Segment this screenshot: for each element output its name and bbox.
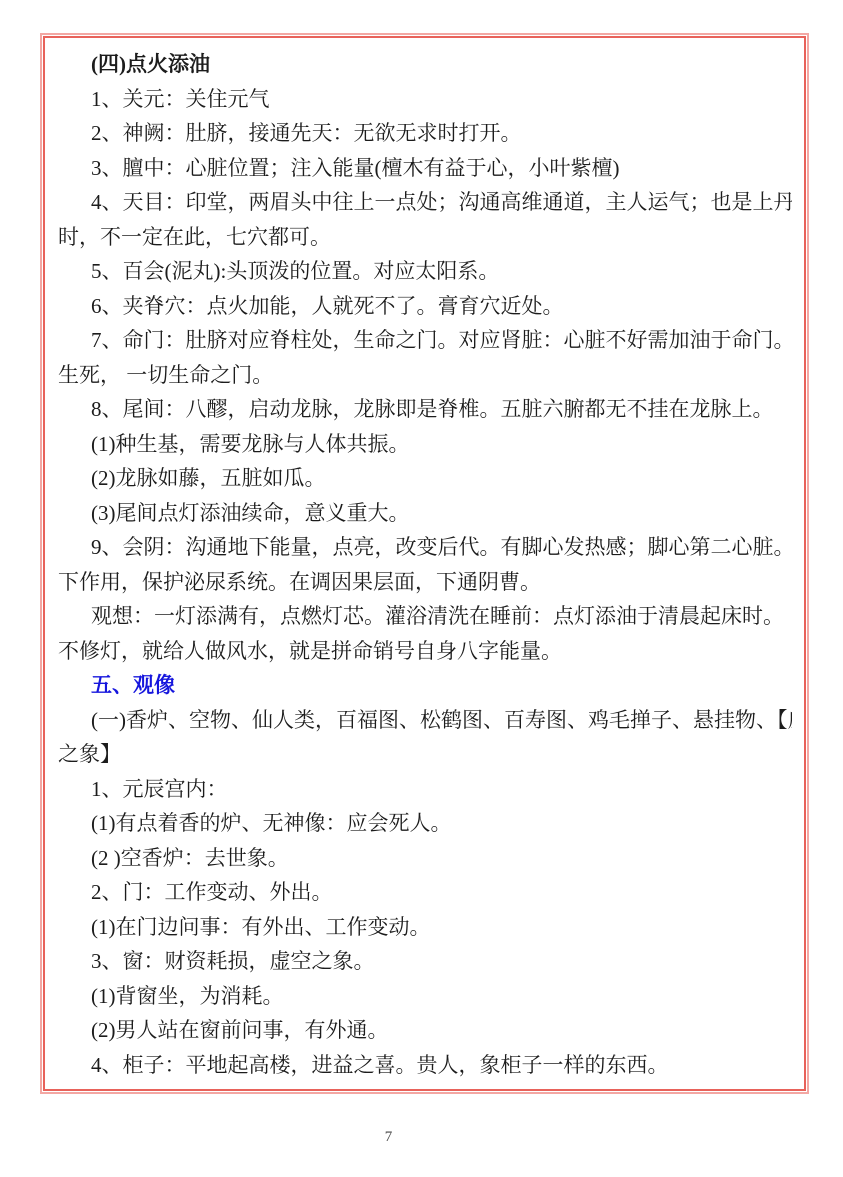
page-footer: 7 bbox=[40, 1128, 809, 1146]
text-line: (1)在门边问事：有外出、工作变动。 bbox=[58, 910, 792, 945]
text-line: (1)种生基，需要龙脉与人体共振。 bbox=[58, 427, 792, 462]
text-line: 2、门：工作变动、外出。 bbox=[58, 875, 792, 910]
text-line: 3、膻中：心脏位置；注入能量(檀木有益于心，小叶紫檀) bbox=[58, 151, 792, 186]
text-line: (1)有点着香的炉、无神像：应会死人。 bbox=[58, 806, 792, 841]
section-heading: 五、观像 bbox=[58, 668, 792, 703]
text-line: 5、百会(泥丸):头顶泼的位置。对应太阳系。 bbox=[58, 254, 792, 289]
page-number: 7 bbox=[385, 1129, 393, 1146]
text-line: 1、关元：关住元气 bbox=[58, 82, 792, 117]
document-body: (四)点火添油1、关元：关住元气2、神阙：肚脐，接通先天：无欲无求时打开。3、膻… bbox=[45, 38, 804, 1082]
text-line: 下作用，保护泌尿系统。在调因果层面，下通阴曹。 bbox=[58, 565, 792, 600]
text-line: 7、命门：肚脐对应脊柱处，生命之门。对应肾脏：心脏不好需加油于命门。温 度决定 bbox=[58, 323, 792, 358]
text-line: 3、窗：财资耗损，虚空之象。 bbox=[58, 944, 792, 979]
text-line: 6、夹脊穴：点火加能，人就死不了。膏育穴近处。 bbox=[58, 289, 792, 324]
text-line: 之象】 bbox=[58, 737, 792, 772]
text-line: (一)香炉、空物、仙人类，百福图、松鹤图、百寿图、鸡毛掸子、悬挂物、【应人去世 bbox=[58, 703, 792, 738]
text-line: (2 )空香炉：去世象。 bbox=[58, 841, 792, 876]
text-line: 2、神阙：肚脐，接通先天：无欲无求时打开。 bbox=[58, 116, 792, 151]
text-line: (2)男人站在窗前问事，有外通。 bbox=[58, 1013, 792, 1048]
text-line: (四)点火添油 bbox=[58, 47, 792, 82]
text-line: 8、尾间：八醪，启动龙脉，龙脉即是脊椎。五脏六腑都无不挂在龙脉上。 bbox=[58, 392, 792, 427]
text-line: 不修灯，就给人做风水，就是拼命销号自身八字能量。 bbox=[58, 634, 792, 669]
text-line: (3)尾间点灯添油续命，意义重大。 bbox=[58, 496, 792, 531]
text-line: 时，不一定在此，七穴都可。 bbox=[58, 220, 792, 255]
page-border-inner: (四)点火添油1、关元：关住元气2、神阙：肚脐，接通先天：无欲无求时打开。3、膻… bbox=[43, 36, 806, 1091]
text-line: (2)龙脉如藤，五脏如瓜。 bbox=[58, 461, 792, 496]
text-line: (1)背窗坐，为消耗。 bbox=[58, 979, 792, 1014]
text-line: 1、元辰宫内： bbox=[58, 772, 792, 807]
text-line: 4、柜子：平地起高楼，进益之喜。贵人，象柜子一样的东西。 bbox=[58, 1048, 792, 1083]
text-line: 观想：一灯添满有，点燃灯芯。灌浴清洗在睡前：点灯添油于清晨起床时。 bbox=[58, 599, 792, 634]
text-line: 4、天目：印堂，两眉头中往上一点处；沟通高维通道，主人运气；也是上丹田。 显像 bbox=[58, 185, 792, 220]
text-line: 生死， 一切生命之门。 bbox=[58, 358, 792, 393]
page-border: (四)点火添油1、关元：关住元气2、神阙：肚脐，接通先天：无欲无求时打开。3、膻… bbox=[40, 33, 809, 1094]
text-line: 9、会阴：沟通地下能量，点亮，改变后代。有脚心发热感；脚心第二心脏。有承上启 bbox=[58, 530, 792, 565]
